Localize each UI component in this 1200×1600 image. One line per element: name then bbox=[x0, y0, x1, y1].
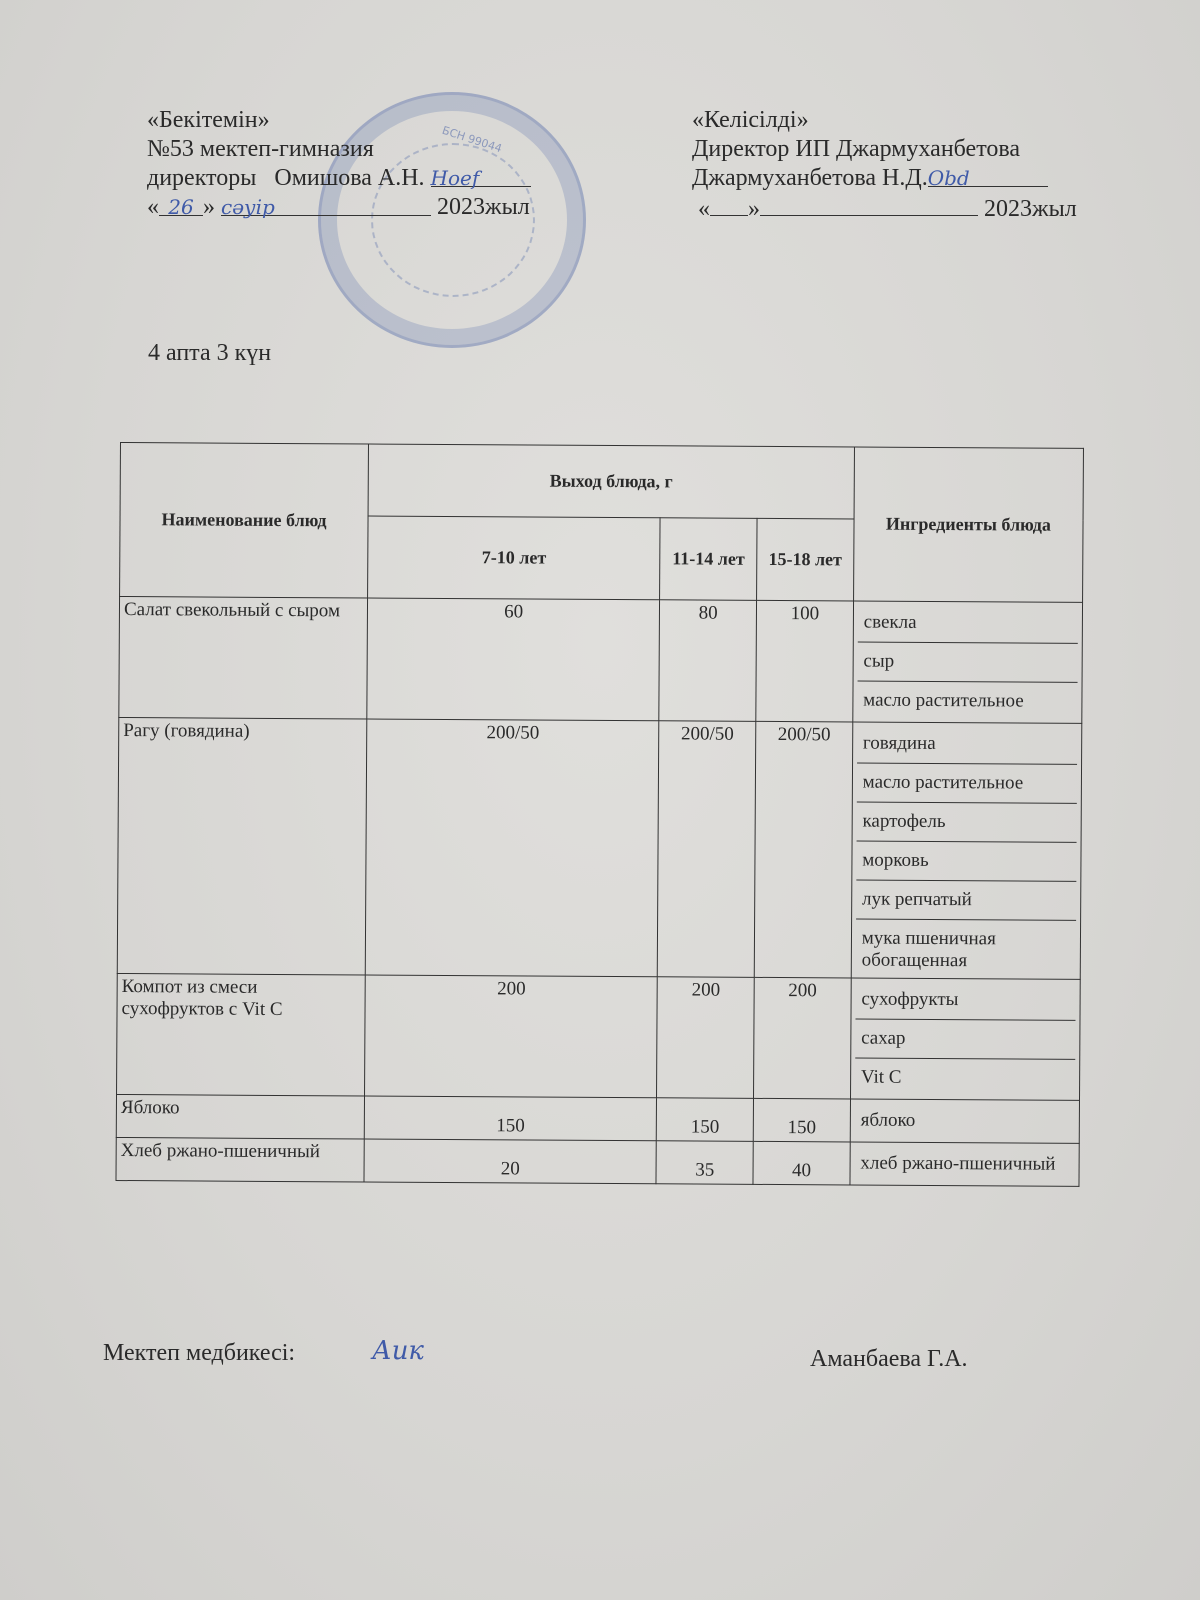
ingredient-item: говядина bbox=[857, 725, 1077, 765]
table-row: Хлеб ржано-пшеничный203540хлеб ржано-пше… bbox=[116, 1137, 1079, 1186]
dish-name: Яблоко bbox=[116, 1094, 364, 1139]
ingredient-item: сахар bbox=[855, 1020, 1075, 1060]
dish-output-value: 200 bbox=[754, 977, 851, 1099]
menu-table: Наименование блюд Выход блюда, г Ингреди… bbox=[115, 442, 1083, 1187]
dish-output-value: 150 bbox=[364, 1096, 657, 1141]
date-day: 26 bbox=[159, 193, 203, 216]
dish-name: Компот из смеси сухофруктов с Vit C bbox=[117, 973, 366, 1096]
approval-block-left: «Бекітемін» №53 мектеп-гимназия директор… bbox=[147, 106, 587, 222]
date-month bbox=[760, 193, 978, 216]
table-row: Салат свекольный с сыром6080100свекласыр… bbox=[119, 597, 1083, 724]
header-age-7-10: 7-10 лет bbox=[368, 516, 661, 600]
approval-date-line: «» 2023жыл bbox=[692, 193, 1162, 224]
ingredient-item: морковь bbox=[856, 842, 1076, 882]
ingredient-item: масло растительное bbox=[857, 682, 1077, 721]
dish-output-value: 200/50 bbox=[754, 721, 852, 978]
approval-org: №53 мектеп-гимназия bbox=[147, 135, 587, 164]
dish-name: Салат свекольный с сыром bbox=[119, 597, 368, 720]
ingredient-item: картофель bbox=[856, 803, 1076, 843]
dish-name: Хлеб ржано-пшеничный bbox=[116, 1137, 364, 1182]
ingredients-cell: сухофруктысахарVit C bbox=[850, 978, 1080, 1100]
dish-output-value: 200/50 bbox=[658, 721, 756, 978]
dish-output-value: 80 bbox=[659, 600, 756, 722]
ingredient-item: яблоко bbox=[855, 1102, 1075, 1141]
dish-output-value: 150 bbox=[657, 1098, 754, 1142]
dish-output-value: 200 bbox=[365, 975, 658, 1098]
date-year: 2023жыл bbox=[437, 194, 530, 220]
approval-position: Директор ИП Джармуханбетова bbox=[692, 135, 1162, 164]
ingredient-item: масло растительное bbox=[857, 764, 1077, 804]
signer-name: Джармуханбетова Н.Д. bbox=[692, 165, 928, 191]
ingredients-cell: хлеб ржано-пшеничный bbox=[850, 1142, 1079, 1186]
approval-title: «Бекітемін» bbox=[147, 106, 587, 135]
table-row: Яблоко150150150яблоко bbox=[116, 1094, 1079, 1143]
date-day bbox=[710, 193, 748, 216]
ingredient-item: свекла bbox=[858, 604, 1078, 644]
signature: Obd bbox=[928, 164, 1048, 187]
dish-output-value: 200 bbox=[657, 977, 754, 1099]
week-day-label: 4 апта 3 күн bbox=[148, 340, 271, 367]
approval-date-line: «26» сәуір 2023жыл bbox=[147, 193, 587, 222]
ingredients-cell: яблоко bbox=[850, 1099, 1079, 1143]
ingredient-item: хлеб ржано-пшеничный bbox=[854, 1144, 1074, 1183]
table-row: Рагу (говядина)200/50200/50200/50говядин… bbox=[117, 717, 1082, 979]
dish-output-value: 35 bbox=[656, 1141, 753, 1185]
dish-output-value: 100 bbox=[756, 600, 853, 722]
ingredient-item: сухофрукты bbox=[855, 981, 1075, 1021]
dish-output-value: 40 bbox=[753, 1141, 850, 1185]
dish-name: Рагу (говядина) bbox=[117, 717, 367, 975]
header-age-11-14: 11-14 лет bbox=[660, 518, 757, 601]
dish-output-value: 150 bbox=[753, 1098, 850, 1142]
header-output: Выход блюда, г bbox=[368, 444, 854, 519]
nurse-label: Мектеп медбикесі: bbox=[103, 1340, 295, 1367]
ingredient-item: Vit C bbox=[855, 1059, 1075, 1098]
ingredient-item: мука пшеничная обогащенная bbox=[856, 920, 1077, 977]
signature: Hoef bbox=[431, 164, 531, 187]
ingredients-cell: свекласырмасло растительное bbox=[853, 601, 1083, 723]
header-age-15-18: 15-18 лет bbox=[757, 518, 854, 601]
approval-block-right: «Келісілді» Директор ИП Джармуханбетова … bbox=[692, 106, 1162, 224]
signer-name: Омишова А.Н. bbox=[274, 165, 424, 191]
dish-output-value: 200/50 bbox=[365, 719, 659, 977]
nurse-signature: Аик bbox=[372, 1336, 424, 1366]
position-label: директоры bbox=[147, 165, 256, 191]
ingredients-cell: говядинамасло растительноекартофельморко… bbox=[851, 722, 1082, 979]
dish-output-value: 20 bbox=[364, 1139, 657, 1184]
ingredient-item: сыр bbox=[857, 643, 1077, 683]
ingredient-item: лук репчатый bbox=[856, 881, 1076, 921]
dish-output-value: 60 bbox=[367, 598, 660, 721]
approval-signer-line: директоры Омишова А.Н. Hoef bbox=[147, 164, 587, 193]
header-dish-name: Наименование блюд bbox=[120, 443, 369, 599]
header-ingredients: Ингредиенты блюда bbox=[853, 447, 1083, 602]
approval-title: «Келісілді» bbox=[692, 106, 1162, 135]
date-year: 2023жыл bbox=[984, 196, 1077, 222]
table-row: Компот из смеси сухофруктов с Vit C20020… bbox=[117, 973, 1081, 1100]
date-month: сәуір bbox=[221, 193, 431, 216]
nurse-name: Аманбаева Г.А. bbox=[810, 1346, 968, 1373]
approval-signer-line: Джармуханбетова Н.Д.Obd bbox=[692, 164, 1162, 193]
